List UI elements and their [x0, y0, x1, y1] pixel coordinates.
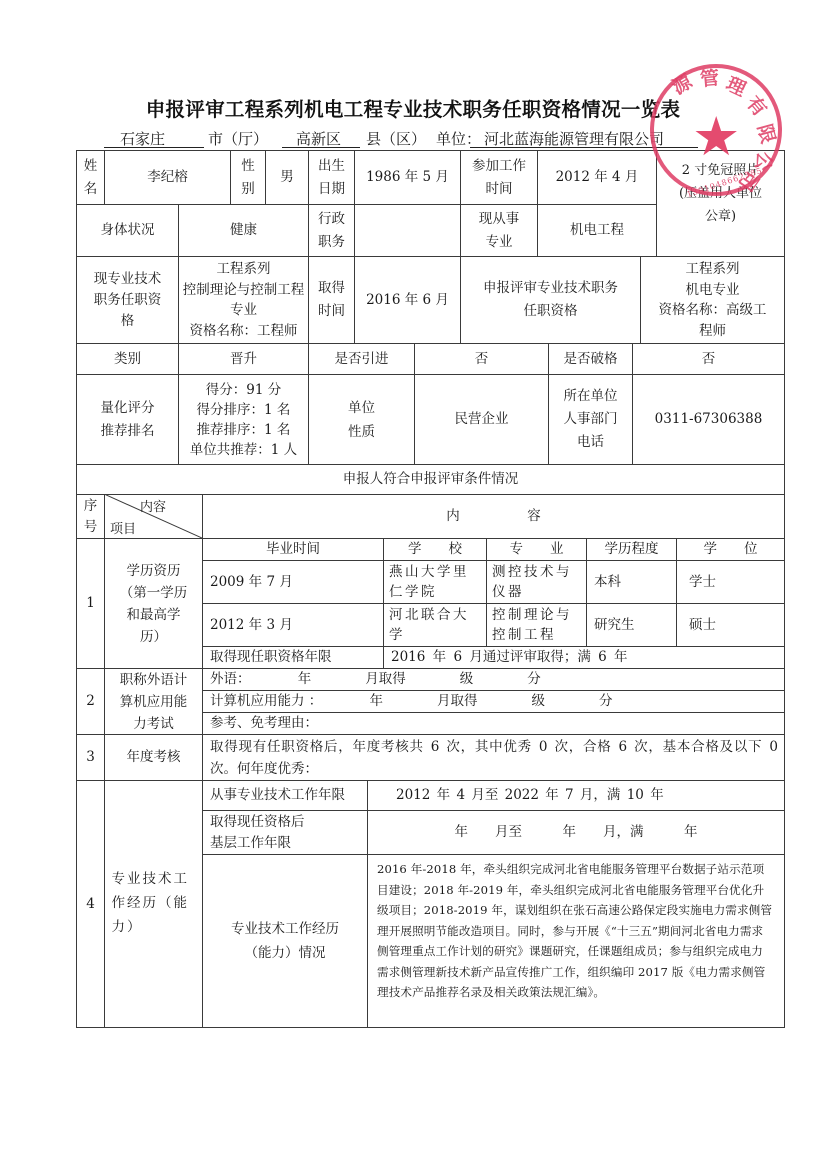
experience-text: 2016 年-2018 年，牵头组织完成河北省电能服务管理平台数据子站示范项目建…: [368, 855, 784, 1027]
edu-1-school: 燕山大学里仁学院: [384, 561, 486, 603]
birth-value: 1986 年 5 月: [355, 151, 460, 204]
current-qual-value: 工程系列 控制理论与控制工程专业 资格名称：工程师: [179, 257, 308, 343]
annual-review-text: 取得现有任职资格后，年度考核共 6 次，其中优秀 0 次，合格 6 次，基本合格…: [203, 735, 784, 780]
experience-label: 专业技术工作经历（能力）情况: [203, 855, 367, 1027]
diag-item-label: 项目: [110, 518, 136, 537]
computer-skill-line: 计算机应用能力 ： 年 月取得 级 分: [203, 691, 784, 712]
qual-years-label: 取得现任职资格年限: [203, 647, 383, 668]
work-start-value: 2012 年 4 月: [538, 151, 656, 204]
ranking-label-text: 量化评分推荐排名: [99, 397, 157, 443]
obtained-value: 2016 年 6 月: [355, 257, 460, 343]
hr-phone-label: 所在单位人事部门电话: [549, 375, 632, 464]
unit-label: 单位：: [436, 128, 481, 149]
category-label: 类别: [77, 344, 178, 374]
county-suffix: 县（区）: [366, 128, 426, 149]
exemption-reason-line: 参考、免考理由：: [203, 713, 784, 734]
item-education-text: 学历资历（第一学历和最高学历）: [118, 560, 190, 648]
introduced-label: 是否引进: [309, 344, 414, 374]
item-exam-text: 职称外语计算机应用能力考试: [118, 669, 190, 735]
name-label-text: 姓名: [84, 155, 98, 201]
work-years-value: 2012 年 4 月至 2022 年 7 月，满 10 年: [368, 781, 784, 810]
content-header: 内 容: [203, 495, 784, 538]
seq-header: 序号: [77, 495, 104, 538]
grassroots-label-text: 取得现任资格后基层工作年限: [210, 812, 310, 854]
apply-qual-value: 工程系列 机电专业 资格名称：高级工程师: [641, 257, 784, 343]
obtained-label: 取得时间: [309, 257, 354, 343]
exceptional-value: 否: [633, 344, 784, 374]
name-label: 姓名: [77, 151, 104, 204]
unit-nature-label-text: 单位性质: [347, 396, 377, 444]
score: 得分：91 分: [206, 380, 281, 400]
work-start-label: 参加工作时间: [461, 151, 537, 204]
item-exam: 职称外语计算机应用能力考试: [105, 669, 202, 734]
item-work-experience-text: 专业技术工作经历（能力）: [112, 867, 196, 939]
birth-label: 出生日期: [309, 151, 354, 204]
edu-header-level: 学历程度: [587, 539, 676, 560]
diag-content-label: 内容: [140, 496, 166, 515]
unit-nature-value: 民营企业: [415, 375, 548, 464]
underline-city: [104, 147, 204, 148]
edu-header-degree: 学 位: [677, 539, 784, 560]
unit-nature-label: 单位性质: [309, 375, 414, 464]
edu-1-level: 本科: [587, 561, 676, 603]
current-qual-label: 现专业技术职务任职资格: [77, 257, 178, 343]
edu-1-degree: 学士: [677, 561, 784, 603]
current-major-value: 机电工程: [538, 205, 656, 256]
edu-2-degree: 硕士: [677, 604, 784, 646]
edu-1-date: 2009 年 7 月: [203, 561, 383, 603]
admin-post-label: 行政职务: [309, 205, 354, 256]
grassroots-value: 年 月至 年 月，满 年: [368, 811, 784, 854]
current-qual-label-text: 现专业技术职务任职资格: [92, 269, 164, 332]
recommend-rank: 推荐排序：1 名: [197, 420, 291, 440]
hr-phone-label-text: 所在单位人事部门电话: [562, 385, 620, 454]
admin-post-value: [355, 205, 460, 256]
county-value: 高新区: [296, 128, 341, 149]
city-value: 石家庄: [120, 128, 165, 149]
seq-4: 4: [77, 781, 104, 1027]
edu-2-level: 研究生: [587, 604, 676, 646]
experience-label-text: 专业技术工作经历（能力）情况: [220, 917, 350, 965]
unit-total-recommended: 单位共推荐：1 人: [190, 440, 297, 460]
edu-1-major: 测控技术与仪器: [487, 561, 586, 603]
admin-post-label-text: 行政职务: [317, 208, 347, 254]
ranking-values: 得分：91 分 得分排序：1 名 推荐排序：1 名 单位共推荐：1 人: [179, 375, 308, 464]
current-major-label: 现从事专业: [461, 205, 537, 256]
seq-1: 1: [77, 539, 104, 668]
stamp-star-icon: ★: [692, 110, 740, 164]
apply-qual-label-text: 申报评审专业技术职务任职资格: [479, 277, 623, 323]
seq-3: 3: [77, 735, 104, 780]
exceptional-label: 是否破格: [549, 344, 632, 374]
seq-2: 2: [77, 669, 104, 734]
apply-qual-text: 工程系列 机电专业 资格名称：高级工程师: [655, 259, 771, 341]
birth-label-text: 出生日期: [317, 155, 347, 201]
gender-label: 性别: [231, 151, 265, 204]
current-major-label-text: 现从事专业: [477, 208, 521, 254]
item-annual-review: 年度考核: [105, 735, 202, 780]
apply-qual-label: 申报评审专业技术职务任职资格: [461, 257, 640, 343]
table-border-bottom: [76, 1027, 785, 1028]
seq-header-text: 序号: [84, 496, 98, 538]
health-label: 身体状况: [77, 205, 178, 256]
conditions-section-title: 申报人符合申报评审条件情况: [77, 465, 784, 494]
edu-header-school: 学 校: [384, 539, 486, 560]
qual-years-value: 2016 年 6 月通过评审取得；满 6 年: [384, 647, 784, 668]
edu-2-school: 河北联合大学: [384, 604, 486, 646]
item-education: 学历资历（第一学历和最高学历）: [105, 539, 202, 668]
obtained-label-text: 取得时间: [317, 277, 347, 323]
introduced-value: 否: [415, 344, 548, 374]
work-start-label-text: 参加工作时间: [470, 155, 528, 201]
city-suffix: 市（厅）: [208, 128, 268, 149]
stamp-char: 管: [699, 63, 720, 92]
grassroots-label: 取得现任资格后基层工作年限: [203, 811, 367, 854]
edu-header-major: 专 业: [487, 539, 586, 560]
health-value: 健康: [179, 205, 308, 256]
unit-value: 河北蓝海能源管理有限公司: [484, 128, 664, 149]
name-value: 李纪榕: [105, 151, 230, 204]
work-years-label: 从事专业技术工作年限: [203, 781, 367, 810]
foreign-language-line: 外语： 年 月取得 级 分: [203, 669, 784, 690]
edu-2-date: 2012 年 3 月: [203, 604, 383, 646]
item-work-experience: 专业技术工作经历（能力）: [105, 781, 202, 1027]
ranking-label: 量化评分推荐排名: [77, 375, 178, 464]
underline-county: [282, 147, 360, 148]
table-border-right: [784, 150, 785, 1027]
gender-value: 男: [266, 151, 308, 204]
score-rank: 得分排序：1 名: [197, 400, 291, 420]
edu-header-date: 毕业时间: [203, 539, 383, 560]
hr-phone-value: 0311-67306388: [633, 375, 784, 464]
edu-2-major: 控制理论与控制工程: [487, 604, 586, 646]
gender-label-text: 性别: [241, 155, 255, 201]
category-value: 晋升: [179, 344, 308, 374]
